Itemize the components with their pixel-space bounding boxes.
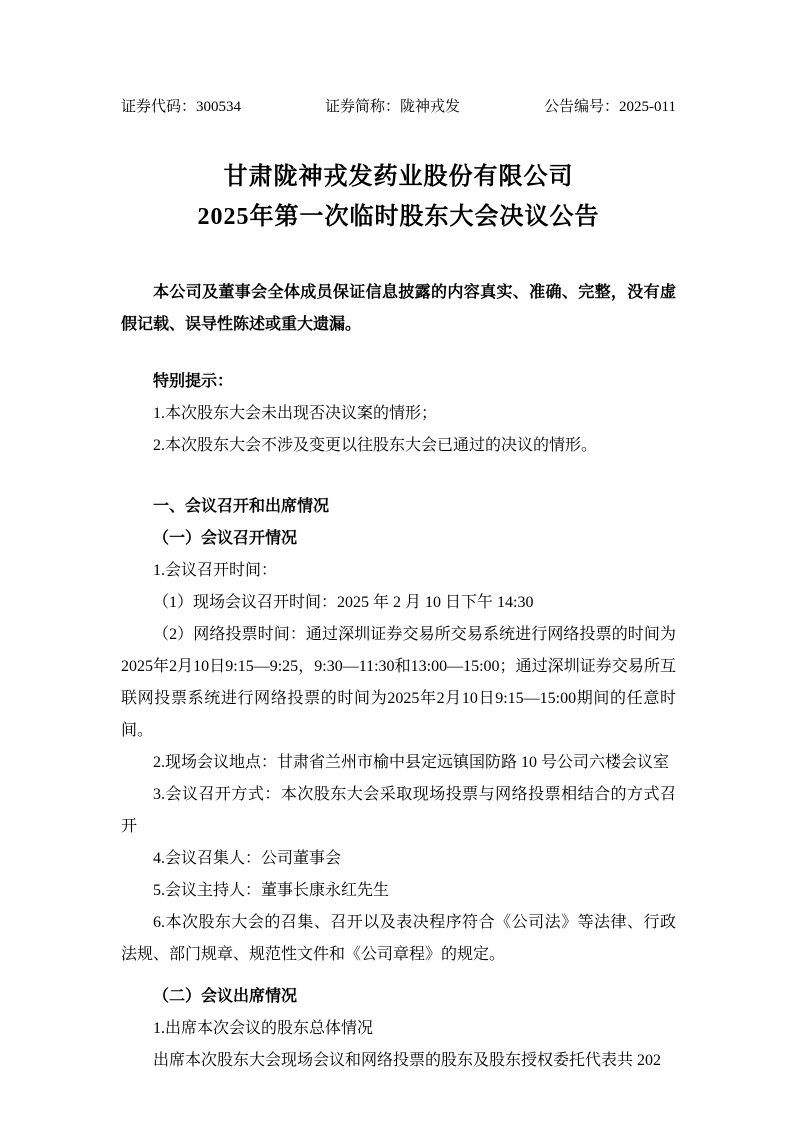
- online-voting-time-item: （2）网络投票时间：通过深圳证券交易所交易系统进行网络投票的时间为2025年2月…: [121, 619, 676, 747]
- attendance-detail-item: 出席本次股东大会现场会议和网络投票的股东及股东授权委托代表共 202: [121, 1045, 676, 1077]
- announcement-number: 公告编号：2025-011: [544, 97, 676, 117]
- section-1-1-heading: （一）会议召开情况: [121, 523, 676, 555]
- attendance-overview-item: 1.出席本次会议的股东总体情况: [121, 1013, 676, 1045]
- stock-code: 证券代码：300534: [121, 97, 241, 117]
- section-1-2-heading: （二）会议出席情况: [121, 981, 676, 1013]
- section-1-heading: 一、会议召开和出席情况: [121, 491, 676, 523]
- meeting-method-item: 3.会议召开方式：本次股东大会采取现场投票与网络投票相结合的方式召开: [121, 779, 676, 843]
- meeting-chair-item: 5.会议主持人：董事长康永红先生: [121, 875, 676, 907]
- document-header: 证券代码：300534 证券简称：陇神戎发 公告编号：2025-011: [121, 97, 676, 117]
- legal-compliance-item: 6.本次股东大会的召集、召开以及表决程序符合《公司法》等法律、行政法规、部门规章…: [121, 907, 676, 971]
- company-name-title: 甘肃陇神戎发药业股份有限公司: [121, 157, 676, 197]
- special-notice-heading: 特别提示：: [121, 366, 676, 398]
- meeting-convener-item: 4.会议召集人：公司董事会: [121, 843, 676, 875]
- truthfulness-declaration: 本公司及董事会全体成员保证信息披露的内容真实、准确、完整，没有虚假记载、误导性陈…: [121, 277, 676, 341]
- meeting-location-item: 2.现场会议地点：甘肃省兰州市榆中县定远镇国防路 10 号公司六楼会议室: [121, 747, 676, 779]
- onsite-meeting-time-item: （1）现场会议召开时间：2025 年 2 月 10 日下午 14:30: [121, 587, 676, 619]
- stock-short-name: 证券简称：陇神戎发: [325, 97, 460, 117]
- special-notice-item-1: 1.本次股东大会未出现否决议案的情形；: [121, 398, 676, 430]
- announcement-page: 证券代码：300534 证券简称：陇神戎发 公告编号：2025-011 甘肃陇神…: [0, 0, 794, 1122]
- announcement-title: 2025年第一次临时股东大会决议公告: [121, 197, 676, 237]
- special-notice-item-2: 2.本次股东大会不涉及变更以往股东大会已通过的决议的情形。: [121, 430, 676, 462]
- meeting-time-item: 1.会议召开时间：: [121, 555, 676, 587]
